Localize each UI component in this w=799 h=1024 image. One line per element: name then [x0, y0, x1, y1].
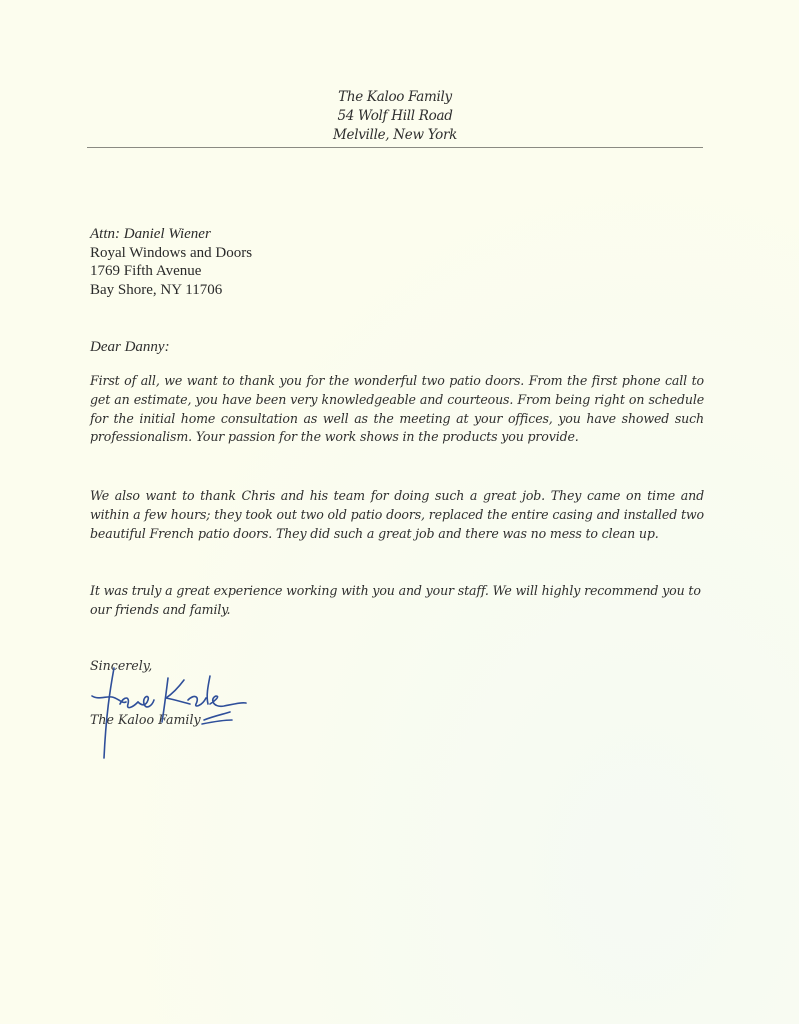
recipient-attn: Attn: Daniel Wiener	[90, 225, 252, 244]
sender-name: The Kaloo Family	[300, 88, 490, 107]
recipient-street: 1769 Fifth Avenue	[90, 262, 252, 281]
letterhead-divider	[87, 147, 703, 148]
paragraph-installation: We also want to thank Chris and his team…	[90, 487, 704, 543]
salutation: Dear Danny:	[90, 339, 170, 356]
handwritten-signature-icon	[84, 660, 254, 760]
recipient-city: Bay Shore, NY 11706	[90, 281, 252, 300]
paragraph-thanks: First of all, we want to thank you for t…	[90, 372, 704, 447]
letterhead: The Kaloo Family 54 Wolf Hill Road Melvi…	[300, 88, 490, 145]
letter-page: The Kaloo Family 54 Wolf Hill Road Melvi…	[0, 0, 799, 1024]
recipient-address: Attn: Daniel Wiener Royal Windows and Do…	[90, 225, 252, 299]
paragraph-recommendation: It was truly a great experience working …	[90, 582, 704, 620]
recipient-company: Royal Windows and Doors	[90, 244, 252, 263]
sender-city: Melville, New York	[300, 126, 490, 145]
sender-street: 54 Wolf Hill Road	[300, 107, 490, 126]
